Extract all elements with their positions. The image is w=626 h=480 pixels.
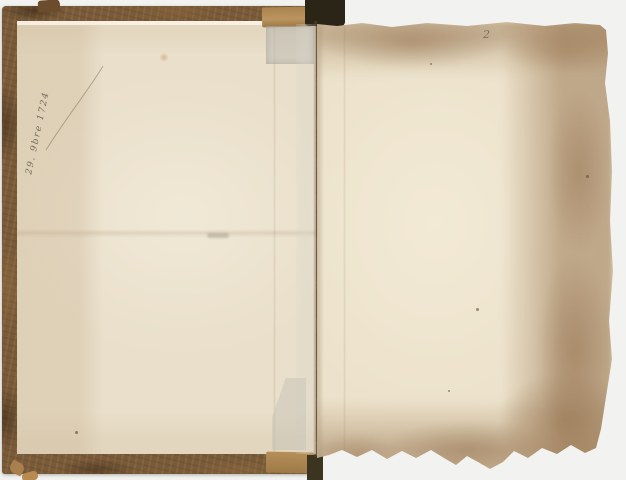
water-stains	[317, 21, 613, 471]
foxing-speck	[586, 175, 589, 178]
scan-background: 29. 9bre 1724 2	[0, 0, 626, 480]
gutter-shadow	[317, 21, 324, 471]
right-flyleaf-page	[317, 21, 613, 471]
vertical-fold	[343, 21, 346, 471]
graphite-smudge	[207, 233, 229, 238]
spine-gap-top	[305, 0, 345, 26]
cover-corner-nub	[38, 0, 61, 13]
foxing-speck	[430, 63, 432, 65]
foxing-speck	[448, 390, 450, 392]
inscription-flourish	[40, 60, 115, 155]
folio-number: 2	[483, 28, 490, 41]
vertical-fold	[273, 21, 276, 454]
horizontal-crease	[17, 229, 316, 238]
foxing-spot	[159, 53, 169, 62]
foxing-speck	[476, 308, 479, 311]
cover-fray-bottom-left	[21, 470, 39, 480]
foxing-speck	[75, 431, 78, 434]
spine-gap-bottom	[307, 455, 323, 480]
